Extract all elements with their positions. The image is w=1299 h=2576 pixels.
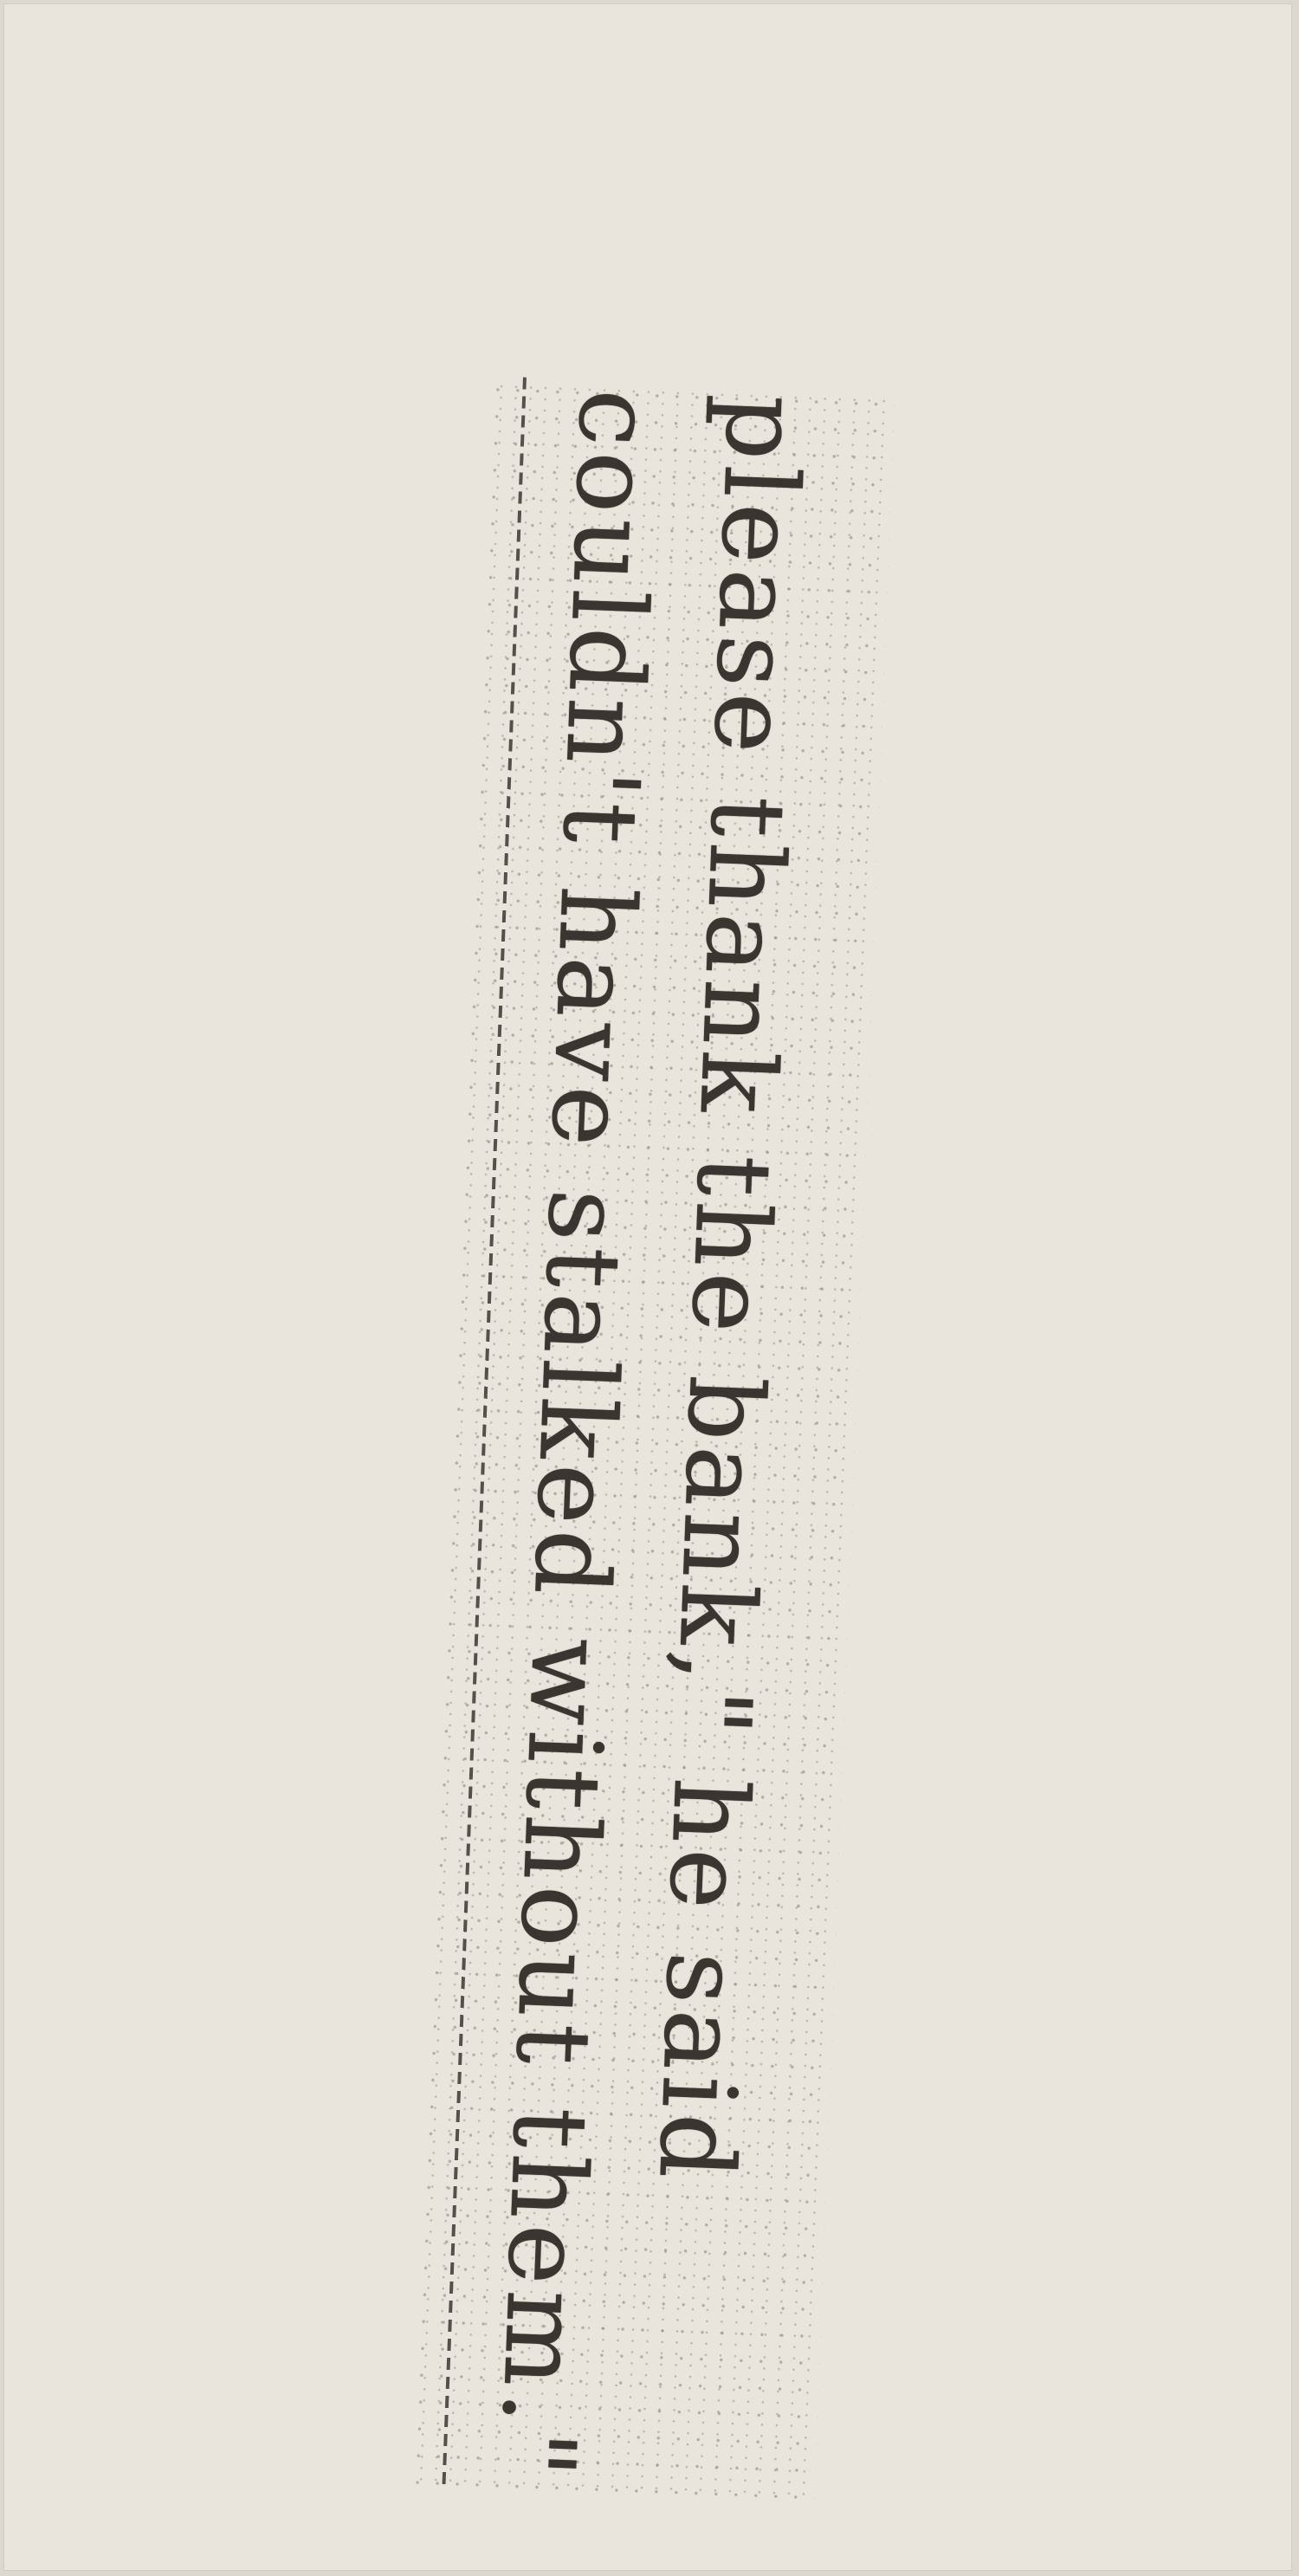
canvas-artwork: please thank the bank," he said couldn't… <box>3 3 1292 2571</box>
printed-text-band: please thank the bank," he said couldn't… <box>407 376 895 2503</box>
